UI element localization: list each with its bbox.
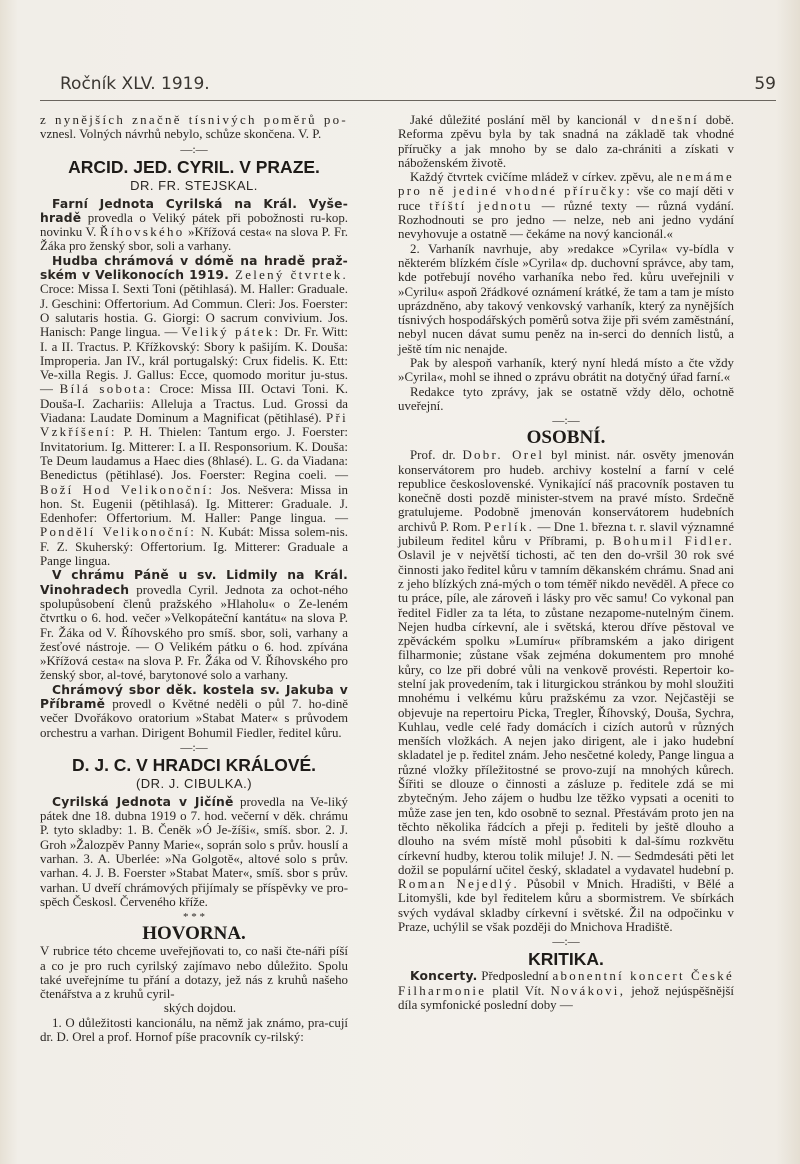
paragraph-hovorna-intro: V rubrice této chceme uveřejňovati to, c… (40, 944, 348, 1001)
paragraph-koncerty: Koncerty. Předposlední abonentní koncert… (398, 969, 734, 1012)
section-author-cibulka: (DR. J. CIBULKA.) (40, 775, 348, 792)
intro-paragraph: z nynějších značně tísnivých poměrů po- … (40, 113, 348, 142)
paragraph-lidmila: V chrámu Páně u sv. Lidmily na Král. Vin… (40, 568, 348, 682)
paragraph-jicin: Cyrilská Jednota v Jičíně provedla na Ve… (40, 795, 348, 909)
section-heading-hradec: D. J. C. V HRADCI KRÁLOVÉ. (40, 755, 348, 775)
scanned-page: Ročník XLV. 1919. 59 z nynějších značně … (0, 0, 800, 1164)
paragraph-osobni: Prof. dr. Dobr. Orel byl minist. nár. os… (398, 448, 734, 934)
paragraph-varhanik-2: Pak by alespoň varhaník, který nyní hled… (398, 356, 734, 385)
right-column: Jaké důležité poslání měl by kancionál v… (398, 113, 734, 1012)
paragraph-vysehrad: Farní Jednota Cyrilská na Král. Vyše-hra… (40, 197, 348, 254)
section-heading-hovorna: HOVORNA. (40, 924, 348, 944)
volume-title: Ročník XLV. 1919. (60, 74, 210, 94)
section-separator: —:— (398, 414, 734, 426)
paragraph-mladez: Každý čtvrtek cvičíme mládež v církev. z… (398, 170, 734, 241)
paragraph-easter-music: Hudba chrámová v dómě na hradě praž-ském… (40, 254, 348, 569)
section-author-stejskal: DR. FR. STEJSKAL. (40, 177, 348, 194)
paragraph-hovorna-1: 1. O důležitosti kancionálu, na němž jak… (40, 1016, 348, 1045)
page-number: 59 (754, 74, 776, 94)
section-separator: —:— (40, 741, 348, 753)
paragraph-hovorna-intro-end: ských dojdou. (40, 1001, 348, 1015)
section-separator: —:— (398, 935, 734, 947)
section-heading-kritika: KRITIKA. (398, 949, 734, 969)
left-column: z nynějších značně tísnivých poměrů po- … (40, 113, 348, 1044)
paragraph-kancional: Jaké důležité poslání měl by kancionál v… (398, 113, 734, 170)
section-heading-prague: ARCID. JED. CYRIL. V PRAZE. (40, 157, 348, 177)
section-separator: —:— (40, 143, 348, 155)
running-header: Ročník XLV. 1919. 59 (40, 72, 776, 101)
paragraph-pribram: Chrámový sbor děk. kostela sv. Jakuba v … (40, 683, 348, 740)
paragraph-varhanik: 2. Varhaník navrhuje, aby »redakce »Cyri… (398, 242, 734, 356)
paragraph-redakce: Redakce tyto zprávy, jak se ostatně vždy… (398, 385, 734, 414)
asterism-ornament: * * * (40, 913, 348, 922)
section-heading-osobni: OSOBNÍ. (398, 428, 734, 448)
